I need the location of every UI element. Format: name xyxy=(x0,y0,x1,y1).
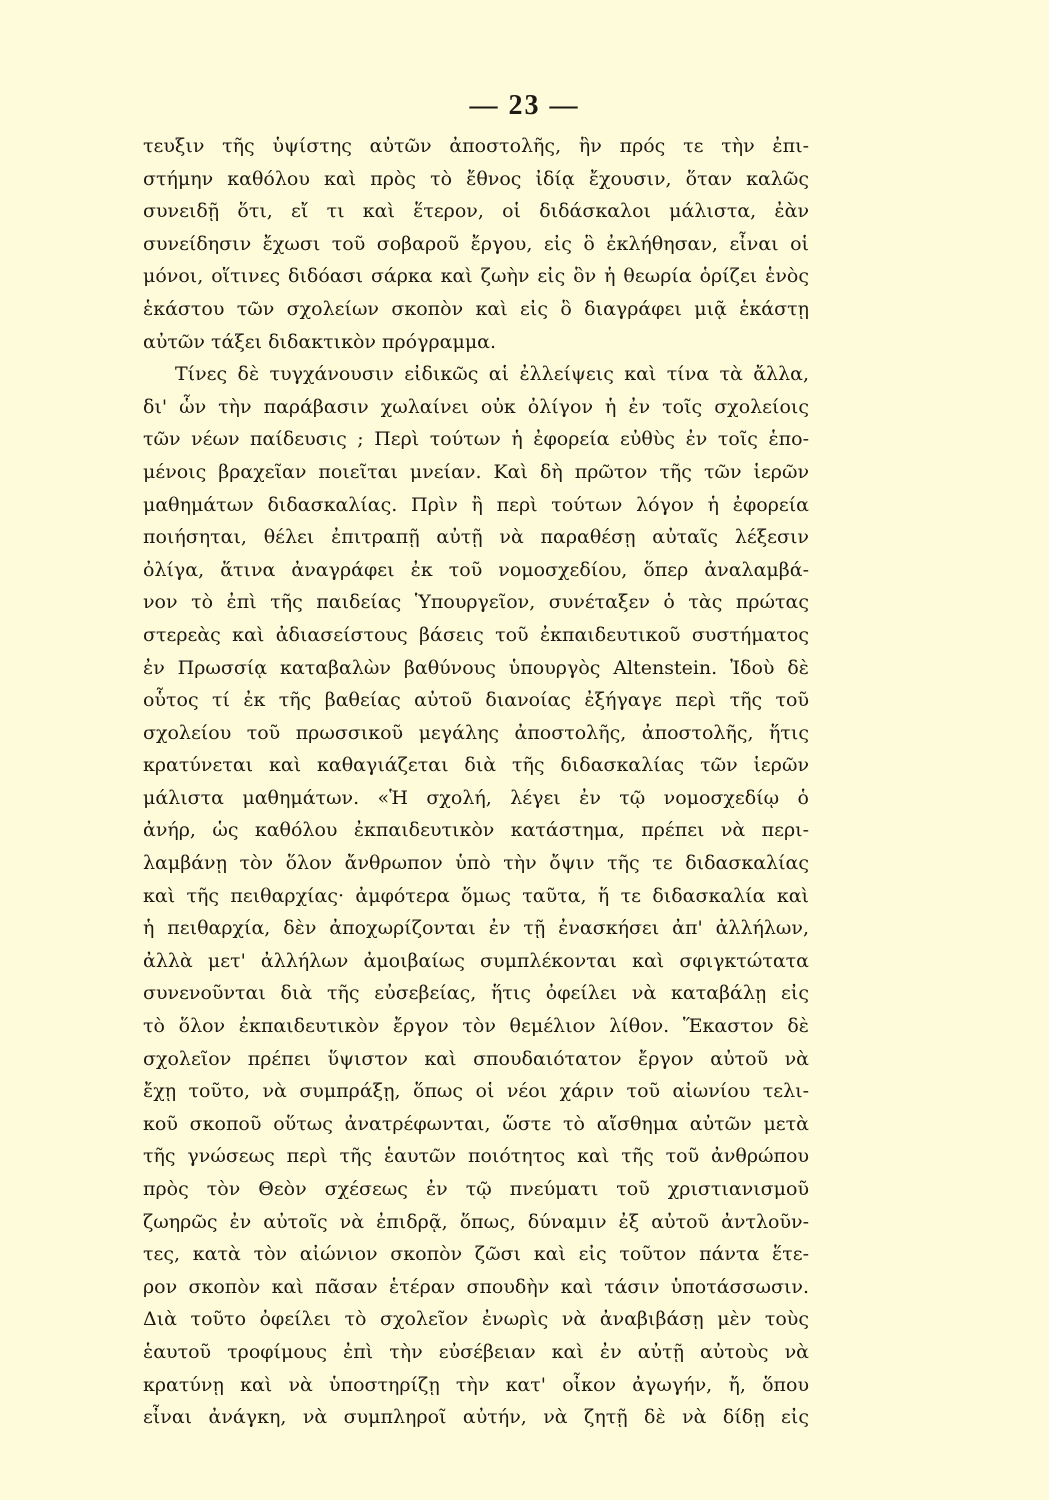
text-line: στερεὰς καὶ ἀδιασείστους βάσεις τοῦ ἐκπα… xyxy=(143,619,809,652)
text-line: συνειδῇ ὅτι, εἴ τι καὶ ἕτερον, οἱ διδάσκ… xyxy=(143,195,809,228)
text-line: τῆς γνώσεως περὶ τῆς ἑαυτῶν ποιότητος κα… xyxy=(143,1140,809,1173)
text-line: μάλιστα μαθημάτων. «Ἡ σχολή, λέγει ἐν τῷ… xyxy=(143,782,809,815)
text-line: κρατύνῃ καὶ νὰ ὑποστηρίζῃ τὴν κατ' οἶκον… xyxy=(143,1369,809,1402)
text-line: πρὸς τὸν Θεὸν σχέσεως ἐν τῷ πνεύματι τοῦ… xyxy=(143,1173,809,1206)
text-line: νον τὸ ἐπὶ τῆς παιδείας Ὑπουργεῖον, συνέ… xyxy=(143,586,809,619)
text-line: τῶν νέων παίδευσις ; Περὶ τούτων ἡ ἐφορε… xyxy=(143,423,809,456)
text-line: ποιήσηται, θέλει ἐπιτραπῇ αὐτῇ νὰ παραθέ… xyxy=(143,521,809,554)
text-line: κοῦ σκοποῦ οὕτως ἀνατρέφωνται, ὥστε τὸ α… xyxy=(143,1108,809,1141)
text-line: συνενοῦνται διὰ τῆς εὐσεβείας, ἥτις ὀφεί… xyxy=(143,977,809,1010)
text-line: ἀνήρ, ὡς καθόλου ἐκπαιδευτικὸν κατάστημα… xyxy=(143,814,809,847)
text-line: τὸ ὅλον ἐκπαιδευτικὸν ἔργον τὸν θεμέλιον… xyxy=(143,1010,809,1043)
text-line: δι' ὧν τὴν παράβασιν χωλαίνει οὐκ ὀλίγον… xyxy=(143,391,809,424)
text-line: συνείδησιν ἔχωσι τοῦ σοβαροῦ ἔργου, εἰς … xyxy=(143,228,809,261)
body-text: τευξιν τῆς ὑψίστης αὐτῶν ἀποστολῆς, ἣν π… xyxy=(143,130,809,1434)
text-line: ἔχῃ τοῦτο, νὰ συμπράξῃ, ὅπως οἱ νέοι χάρ… xyxy=(143,1075,809,1108)
text-line: κρατύνεται καὶ καθαγιάζεται διὰ τῆς διδα… xyxy=(143,749,809,782)
text-line: εἶναι ἀνάγκη, νὰ συμπληροῖ αὐτήν, νὰ ζητ… xyxy=(143,1401,809,1434)
text-line: Διὰ τοῦτο ὀφείλει τὸ σχολεῖον ἐνωρὶς νὰ … xyxy=(143,1303,809,1336)
text-line: ὀλίγα, ἅτινα ἀναγράφει ἐκ τοῦ νομοσχεδίο… xyxy=(143,554,809,587)
text-line: μόνοι, οἵτινες διδόασι σάρκα καὶ ζωὴν εἰ… xyxy=(143,260,809,293)
text-line: μένοις βραχεῖαν ποιεῖται μνείαν. Καὶ δὴ … xyxy=(143,456,809,489)
text-line: λαμβάνῃ τὸν ὅλον ἄνθρωπον ὑπὸ τὴν ὄψιν τ… xyxy=(143,847,809,880)
text-line: τες, κατὰ τὸν αἰώνιον σκοπὸν ζῶσι καὶ εἰ… xyxy=(143,1238,809,1271)
text-line: οὗτος τί ἐκ τῆς βαθείας αὐτοῦ διανοίας ἐ… xyxy=(143,684,809,717)
text-line: ἑκάστου τῶν σχολείων σκοπὸν καὶ εἰς ὃ δι… xyxy=(143,293,809,326)
text-line: σχολεῖον πρέπει ὕψιστον καὶ σπουδαιότατο… xyxy=(143,1043,809,1076)
text-line: καὶ τῆς πειθαρχίας· ἀμφότερα ὅμως ταῦτα,… xyxy=(143,880,809,913)
text-line: ἡ πειθαρχία, δὲν ἀποχωρίζονται ἐν τῇ ἐνα… xyxy=(143,912,809,945)
text-line: τευξιν τῆς ὑψίστης αὐτῶν ἀποστολῆς, ἣν π… xyxy=(143,130,809,163)
text-line: ἑαυτοῦ τροφίμους ἐπὶ τὴν εὐσέβειαν καὶ ἐ… xyxy=(143,1336,809,1369)
text-line: στήμην καθόλου καὶ πρὸς τὸ ἔθνος ἰδίᾳ ἔχ… xyxy=(143,163,809,196)
text-line: ἀλλὰ μετ' ἀλλήλων ἀμοιβαίως συμπλέκονται… xyxy=(143,945,809,978)
text-line: ρον σκοπὸν καὶ πᾶσαν ἑτέραν σπουδὴν καὶ … xyxy=(143,1271,809,1304)
text-line: μαθημάτων διδασκαλίας. Πρὶν ἢ περὶ τούτω… xyxy=(143,489,809,522)
text-line: ζωηρῶς ἐν αὐτοῖς νὰ ἐπιδρᾷ, ὅπως, δύναμι… xyxy=(143,1206,809,1239)
text-line: αὐτῶν τάξει διδακτικὸν πρόγραμμα. xyxy=(143,326,809,359)
page-number: — 23 — xyxy=(0,90,1049,122)
text-line: ἐν Πρωσσίᾳ καταβαλὼν βαθύνους ὑπουργὸς A… xyxy=(143,652,809,685)
paragraph-start-line: Τίνες δὲ τυγχάνουσιν εἰδικῶς αἱ ἐλλείψει… xyxy=(143,358,809,391)
text-line: σχολείου τοῦ πρωσσικοῦ μεγάλης ἀποστολῆς… xyxy=(143,717,809,750)
